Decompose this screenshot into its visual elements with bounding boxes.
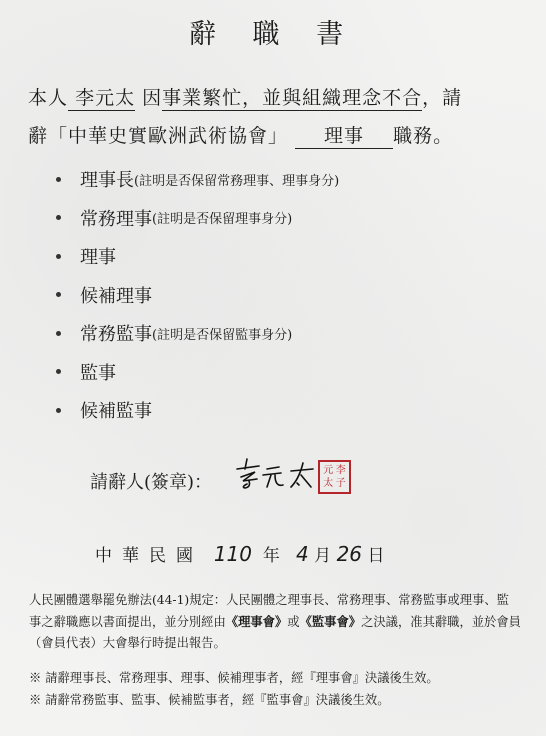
document-title: 辭 職 書 xyxy=(0,12,546,51)
statement-prefix: 本人 xyxy=(28,87,68,109)
list-item: 常務理事(註明是否保留理事身分) xyxy=(56,199,339,238)
resigner-name: 李元太 xyxy=(68,87,135,111)
day-value: 26 xyxy=(337,542,362,566)
statement-line-2: 辭「中華史實歐洲武術協會」 理事職務。 xyxy=(28,121,453,149)
position-options-list: 理事長(註明是否保留常務理事、理事身分) 常務理事(註明是否保留理事身分) 理事… xyxy=(56,160,339,430)
note-board-of-directors: ※ 請辭理事長、常務理事、理事、候補理事者，經『理事會』決議後生效。 xyxy=(29,667,439,689)
statement-line-1: 本人 李元太 因事業繁忙，並與組織理念不合，請 xyxy=(28,83,462,110)
note-board-of-supervisors: ※ 請辭常務監事、監事、候補監事者，經『監事會』決議後生效。 xyxy=(29,689,439,711)
list-item: 監事 xyxy=(56,353,339,392)
list-item: 理事 xyxy=(56,237,339,276)
resignation-reason: 事業繁忙，並與組織理念不合 xyxy=(162,87,422,111)
handwritten-signature-icon xyxy=(233,455,318,495)
red-seal-stamp: 元 李 太 子 xyxy=(318,460,351,494)
list-item: 候補理事 xyxy=(56,276,339,315)
statement-suffix: ，請 xyxy=(422,87,462,109)
resigned-position: 理事 xyxy=(295,121,393,149)
notes-section: ※ 請辭理事長、常務理事、理事、候補理事者，經『理事會』決議後生效。 ※ 請辭常… xyxy=(29,667,439,711)
signature-label: 請辭人(簽章)： xyxy=(90,468,212,494)
month-value: 4 xyxy=(296,542,309,566)
bullet-icon xyxy=(56,408,61,413)
list-item: 候補監事 xyxy=(56,391,339,430)
list-item: 理事長(註明是否保留常務理事、理事身分) xyxy=(56,160,339,199)
legal-regulation-text: 人民團體選舉罷免辦法(44-1)規定：人民團體之理事長、常務理事、常務監事或理事… xyxy=(29,590,521,654)
year-value: 110 xyxy=(214,542,252,566)
bullet-icon xyxy=(56,177,61,182)
bullet-icon xyxy=(56,215,61,220)
bullet-icon xyxy=(56,331,61,336)
position-suffix: 職務。 xyxy=(393,125,453,147)
year-label: 年 xyxy=(263,546,280,566)
era-label: 中華民國 xyxy=(95,546,203,566)
organization-name: 辭「中華史實歐洲武術協會」 xyxy=(28,125,288,147)
list-item: 常務監事(註明是否保留監事身分) xyxy=(56,314,339,353)
bullet-icon xyxy=(56,254,61,259)
date-line: 中華民國 110 年 4 月 26 日 xyxy=(95,541,384,566)
month-label: 月 xyxy=(314,546,331,566)
day-label: 日 xyxy=(367,546,384,566)
bullet-icon xyxy=(56,369,61,374)
reason-prefix: 因 xyxy=(142,87,162,109)
bullet-icon xyxy=(56,292,61,297)
